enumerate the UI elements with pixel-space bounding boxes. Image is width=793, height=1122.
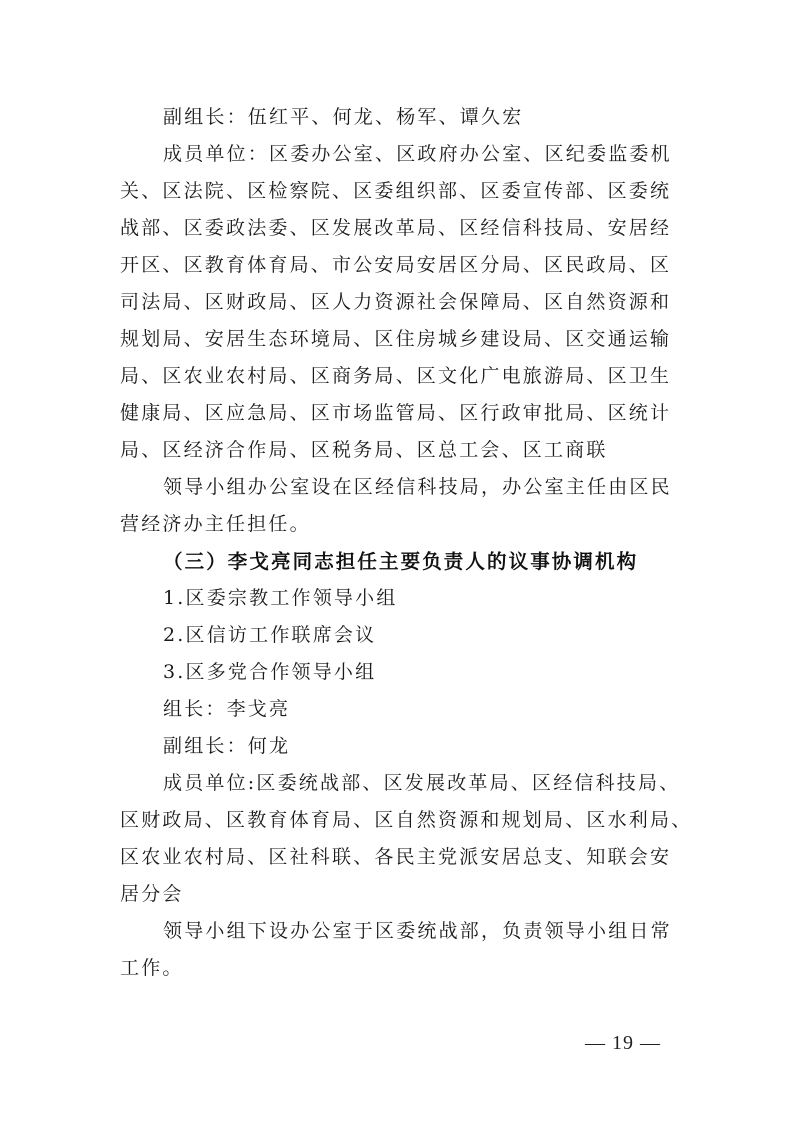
list-item: 3.区多党合作领导小组 <box>120 654 676 691</box>
member-units-line: 司法局、区财政局、区人力资源社会保障局、区自然资源和 <box>120 284 676 321</box>
member-units-line: 关、区法院、区检察院、区委组织部、区委宣传部、区委统 <box>120 173 676 210</box>
member-units-line: 局、区农业农村局、区商务局、区文化广电旅游局、区卫生 <box>120 358 676 395</box>
member-units-line: 区农业农村局、区社科联、各民主党派安居总支、知联会安 <box>120 839 676 876</box>
office-paragraph-line: 营经济办主任担任。 <box>120 506 676 543</box>
deputy-leader-line: 副组长：何龙 <box>120 728 676 765</box>
deputy-leaders-line: 副组长：伍红平、何龙、杨军、谭久宏 <box>120 99 676 136</box>
member-units-line: 成员单位:区委统战部、区发展改革局、区经信科技局、 <box>120 765 676 802</box>
document-page: 副组长：伍红平、何龙、杨军、谭久宏 成员单位：区委办公室、区政府办公室、区纪委监… <box>120 99 676 987</box>
section-heading: （三）李戈亮同志担任主要负责人的议事协调机构 <box>120 543 676 580</box>
member-units-line: 战部、区委政法委、区发展改革局、区经信科技局、安居经 <box>120 210 676 247</box>
office-paragraph-line: 领导小组办公室设在区经信科技局，办公室主任由区民 <box>120 469 676 506</box>
member-units-line: 区财政局、区教育体育局、区自然资源和规划局、区水利局、 <box>120 802 676 839</box>
member-units-line: 居分会 <box>120 876 676 913</box>
group-leader-line: 组长：李戈亮 <box>120 691 676 728</box>
member-units-line: 开区、区教育体育局、市公安局安居区分局、区民政局、区 <box>120 247 676 284</box>
office-paragraph-line: 领导小组下设办公室于区委统战部，负责领导小组日常 <box>120 913 676 950</box>
member-units-line: 局、区经济合作局、区税务局、区总工会、区工商联 <box>120 432 676 469</box>
list-item: 1.区委宗教工作领导小组 <box>120 580 676 617</box>
page-number: — 19 — <box>585 1032 661 1055</box>
member-units-line: 健康局、区应急局、区市场监管局、区行政审批局、区统计 <box>120 395 676 432</box>
list-item: 2.区信访工作联席会议 <box>120 617 676 654</box>
member-units-line: 成员单位：区委办公室、区政府办公室、区纪委监委机 <box>120 136 676 173</box>
office-paragraph-line: 工作。 <box>120 950 676 987</box>
member-units-line: 规划局、安居生态环境局、区住房城乡建设局、区交通运输 <box>120 321 676 358</box>
